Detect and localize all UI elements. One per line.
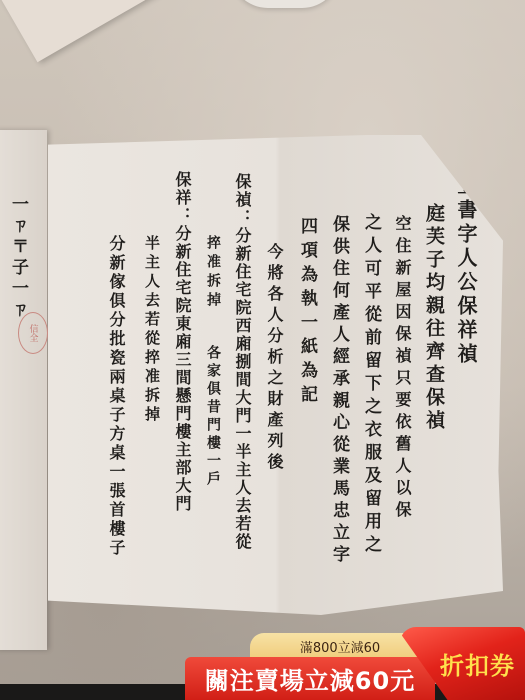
doc-column-9: 捽准拆掉 [206,235,220,311]
discount-coupon-label: 折扣券 [440,646,515,681]
doc-column-11: 保祥：分新住宅院東廂三間懸門樓主部大門 [174,171,190,513]
doc-column-1: 立書字人公保祥禎 [456,175,476,367]
red-seal-stamp: 信全 [18,312,48,354]
doc-column-12: 半主人去若從捽准拆掉 [144,235,159,425]
doc-column-7: 今將各人分析之財產列後 [266,243,282,474]
follow-store-discount-button[interactable]: 關注賣場立減60元 [185,657,435,700]
doc-column-6: 四項為執一紙為記 [298,217,315,409]
document-photo: 一ㄗ〒子一ㄗ 信全 立書字人公保祥禎 庭芙子均親往齊查保禎 空住新屋因保禎只要依… [0,0,525,700]
doc-column-3: 空住新屋因保禎只要依舊人以保 [394,215,410,523]
doc-column-4: 之人可平從前留下之衣服及留用之 [362,213,379,558]
main-document-paper: 立書字人公保祥禎 庭芙子均親往齊查保禎 空住新屋因保禎只要依舊人以保 之人可平從… [48,135,503,615]
top-paper-corner [0,0,167,62]
side-note: 一ㄗ〒子一ㄗ [9,195,26,321]
coupon-banner[interactable]: 滿800立減60 關注賣場立減60元 折扣券 [185,627,525,700]
left-paper-strip: 一ㄗ〒子一ㄗ [0,130,47,650]
bowl-rim [230,0,340,8]
doc-column-10: 各家俱昔門樓一戶 [206,345,220,489]
doc-column-5: 保供住何產人經承親心從業馬忠立字 [330,215,347,567]
doc-column-13: 分新傢俱分批瓷兩桌子方桌一張首樓子 [108,235,124,558]
doc-column-8: 保禎：分新住宅院西廂捌間大門一半主人去若從 [234,173,250,551]
doc-column-2: 庭芙子均親往齊查保禎 [424,203,443,433]
